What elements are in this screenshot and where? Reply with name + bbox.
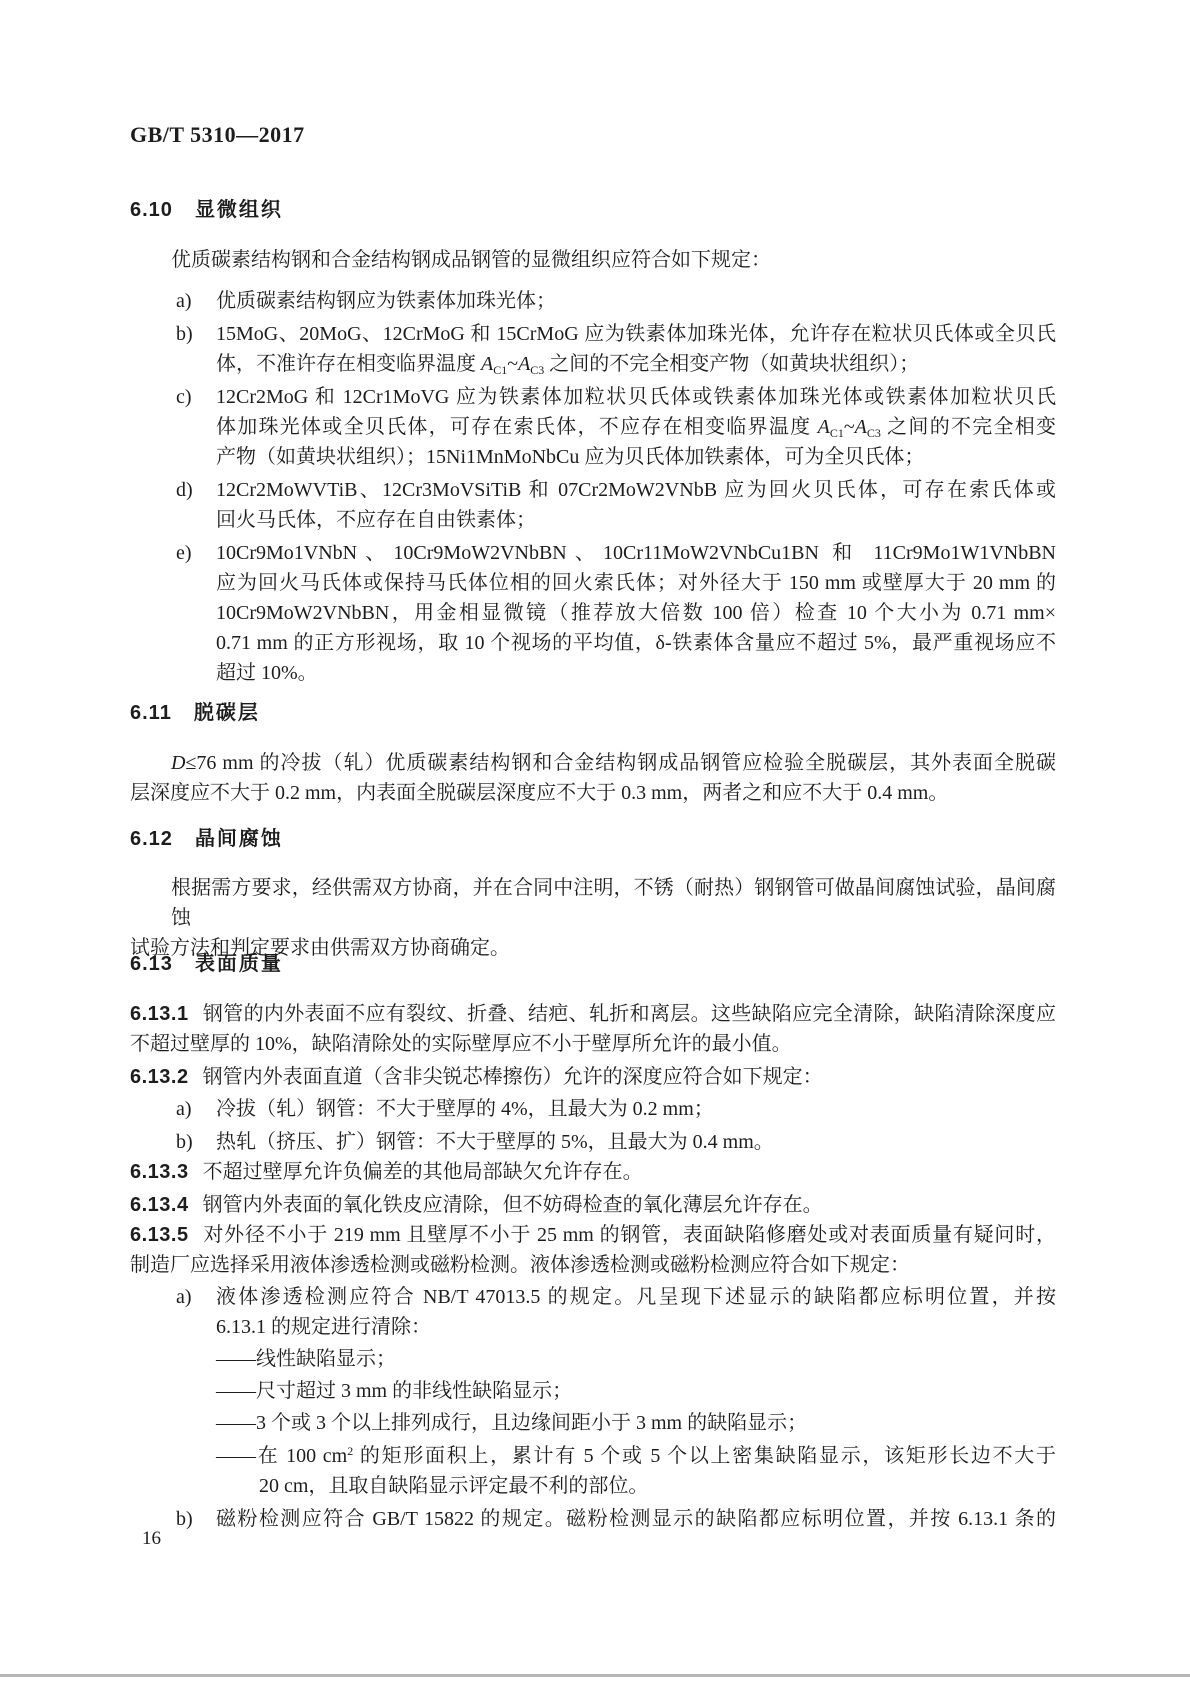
section-number: 6.12 [130, 828, 173, 850]
document-page: GB/T 5310—2017 6.10显微组织 优质碳素结构钢和合金结构钢成品钢… [0, 0, 1190, 1684]
section-title: 显微组织 [195, 199, 283, 221]
text-line: 12Cr2MoWVTiB、12Cr3MoVSiTiB 和 07Cr2MoW2VN… [216, 475, 1056, 505]
scan-edge-line [0, 1674, 1190, 1677]
list-6-10: a) 优质碳素结构钢应为铁素体加珠光体； b) 15MoG、20MoG、12Cr… [130, 283, 1056, 688]
paragraph-6-10-intro: 优质碳素结构钢和合金结构钢成品钢管的显微组织应符合如下规定： [130, 245, 1056, 275]
text-line: 优质碳素结构钢应为铁素体加珠光体； [216, 286, 1056, 316]
dash-item: ——3 个或 3 个以上排列成行，且边缘间距小于 3 mm 的缺陷显示； [216, 1408, 1056, 1438]
clause-number: 6.13.5 [130, 1224, 189, 1246]
text-line: 6.13.3不超过壁厚允许负偏差的其他局部缺欠允许存在。 [130, 1157, 1056, 1187]
section-heading-6-13: 6.13表面质量 [130, 952, 1056, 976]
text-line: 10Cr9Mo1VNbN、10Cr9MoW2VNbBN、10Cr11MoW2VN… [216, 538, 1056, 568]
text-line: 热轧（挤压、扩）钢管：不大于壁厚的 5%，且最大为 0.4 mm。 [216, 1127, 1056, 1157]
text-line: 6.13.5对外径不小于 219 mm 且壁厚不小于 25 mm 的钢管，表面缺… [130, 1220, 1056, 1250]
section-title: 晶间腐蚀 [195, 828, 283, 850]
text-line: 层深度应不大于 0.2 mm，内表面全脱碳层深度应不大于 0.3 mm，两者之和… [130, 778, 1056, 808]
section-heading-6-12: 6.12晶间腐蚀 [130, 827, 1056, 851]
dash-item: ——线性缺陷显示； [216, 1344, 1056, 1374]
text-line: 6.13.4钢管内外表面的氧化铁皮应清除，但不妨碍检查的氧化薄层允许存在。 [130, 1190, 1056, 1220]
list-marker: e) [176, 538, 192, 568]
text-line: 10Cr9MoW2VNbBN，用金相显微镜（推荐放大倍数 100 倍）检查 10… [216, 598, 1056, 628]
text-line: 回火马氏体，不应存在自由铁素体； [216, 505, 1056, 535]
clause-text: 不超过壁厚允许负偏差的其他局部缺欠允许存在。 [203, 1161, 643, 1183]
clause-text: 钢管内外表面直道（含非尖锐芯棒擦伤）允许的深度应符合如下规定： [203, 1066, 823, 1088]
section-title: 脱碳层 [194, 702, 260, 724]
list-marker: a) [176, 1282, 192, 1312]
clause-6-13-5: 6.13.5对外径不小于 219 mm 且壁厚不小于 25 mm 的钢管，表面缺… [130, 1220, 1056, 1534]
list-marker: b) [176, 319, 193, 349]
text-line: 6.13.1钢管的内外表面不应有裂纹、折叠、结疤、轧折和离层。这些缺陷应完全清除… [130, 999, 1056, 1029]
list-item-a: a) 液体渗透检测应符合 NB/T 47013.5 的规定。凡呈现下述显示的缺陷… [130, 1282, 1056, 1501]
text-line: 不超过壁厚的 10%，缺陷清除处的实际壁厚应不小于壁厚所允许的最小值。 [130, 1029, 1056, 1059]
section-number: 6.10 [130, 199, 173, 221]
clause-text: 钢管的内外表面不应有裂纹、折叠、结疤、轧折和离层。这些缺陷应完全清除，缺陷清除深… [203, 1003, 1056, 1025]
clause-text: 钢管内外表面的氧化铁皮应清除，但不妨碍检查的氧化薄层允许存在。 [203, 1194, 823, 1216]
text-line: 应为回火马氏体或保持马氏体位相的回火索氏体；对外径大于 150 mm 或壁厚大于… [216, 568, 1056, 598]
section-heading-6-11: 6.11脱碳层 [130, 701, 1056, 725]
list-item-b: b) 15MoG、20MoG、12CrMoG 和 15CrMoG 应为铁素体加珠… [130, 319, 1056, 379]
text-line: 液体渗透检测应符合 NB/T 47013.5 的规定。凡呈现下述显示的缺陷都应标… [216, 1282, 1056, 1312]
text-line: 超过 10%。 [216, 658, 1056, 688]
list-item-c: c) 12Cr2MoG 和 12Cr1MoVG 应为铁素体加粒状贝氏体或铁素体加… [130, 382, 1056, 472]
clause-number: 6.13.1 [130, 1003, 189, 1025]
list-item-e: e) 10Cr9Mo1VNbN、10Cr9MoW2VNbBN、10Cr11MoW… [130, 538, 1056, 688]
text-line: 优质碳素结构钢和合金结构钢成品钢管的显微组织应符合如下规定： [130, 245, 1056, 275]
text-line: 体加珠光体或全贝氏体，可存在索氏体，不应存在相变临界温度 AC1~AC3 之间的… [216, 412, 1056, 442]
clause-6-13-1: 6.13.1钢管的内外表面不应有裂纹、折叠、结疤、轧折和离层。这些缺陷应完全清除… [130, 999, 1056, 1059]
list-marker: b) [176, 1504, 193, 1534]
clause-6-13-3: 6.13.3不超过壁厚允许负偏差的其他局部缺欠允许存在。 [130, 1157, 1056, 1187]
list-item-d: d) 12Cr2MoWVTiB、12Cr3MoVSiTiB 和 07Cr2MoW… [130, 475, 1056, 535]
text-line: 根据需方要求，经供需双方协商，并在合同中注明，不锈（耐热）钢钢管可做晶间腐蚀试验… [130, 873, 1056, 933]
text-line: D≤76 mm 的冷拔（轧）优质碳素结构钢和合金结构钢成品钢管应检验全脱碳层，其… [130, 748, 1056, 778]
text-line: 体，不准许存在相变临界温度 AC1~AC3 之间的不完全相变产物（如黄块状组织）… [216, 349, 1056, 379]
page-number: 16 [142, 1528, 161, 1550]
clause-number: 6.13.3 [130, 1161, 189, 1183]
dash-item: ——在 100 cm2 的矩形面积上，累计有 5 个或 5 个以上密集缺陷显示，… [216, 1441, 1056, 1471]
section-number: 6.11 [130, 702, 172, 724]
list-marker: c) [176, 382, 192, 412]
text-line: 6.13.2钢管内外表面直道（含非尖锐芯棒擦伤）允许的深度应符合如下规定： [130, 1062, 1056, 1092]
text-line: 15MoG、20MoG、12CrMoG 和 15CrMoG 应为铁素体加珠光体，… [216, 319, 1056, 349]
text-line: 6.13.1 的规定进行清除： [216, 1312, 1056, 1342]
list-item-a: a) 优质碳素结构钢应为铁素体加珠光体； [130, 286, 1056, 316]
clause-text: 对外径不小于 219 mm 且壁厚不小于 25 mm 的钢管，表面缺陷修磨处或对… [203, 1224, 1056, 1246]
list-marker: a) [176, 1094, 192, 1124]
text-line: 产物（如黄块状组织）；15Ni1MnMoNbCu 应为贝氏体加铁素体，可为全贝氏… [216, 442, 1056, 472]
clause-number: 6.13.4 [130, 1194, 189, 1216]
list-item-a: a) 冷拔（轧）钢管：不大于壁厚的 4%，且最大为 0.2 mm； [130, 1094, 1056, 1124]
list-marker: d) [176, 475, 193, 505]
clause-number: 6.13.2 [130, 1066, 189, 1088]
list-marker: b) [176, 1127, 193, 1157]
dash-item-continuation: 20 cm，且取自缺陷显示评定最不利的部位。 [259, 1471, 1056, 1501]
section-heading-6-10: 6.10显微组织 [130, 198, 1056, 222]
section-number: 6.13 [130, 953, 173, 975]
text-line: 12Cr2MoG 和 12Cr1MoVG 应为铁素体加粒状贝氏体或铁素体加珠光体… [216, 382, 1056, 412]
list-item-b: b) 热轧（挤压、扩）钢管：不大于壁厚的 5%，且最大为 0.4 mm。 [130, 1127, 1056, 1157]
paragraph-6-12: 根据需方要求，经供需双方协商，并在合同中注明，不锈（耐热）钢钢管可做晶间腐蚀试验… [130, 873, 1056, 963]
text-line: 制造厂应选择采用液体渗透检测或磁粉检测。液体渗透检测或磁粉检测应符合如下规定： [130, 1250, 1056, 1280]
text-line: 冷拔（轧）钢管：不大于壁厚的 4%，且最大为 0.2 mm； [216, 1094, 1056, 1124]
clause-6-13-4: 6.13.4钢管内外表面的氧化铁皮应清除，但不妨碍检查的氧化薄层允许存在。 [130, 1190, 1056, 1220]
paragraph-6-11: D≤76 mm 的冷拔（轧）优质碳素结构钢和合金结构钢成品钢管应检验全脱碳层，其… [130, 748, 1056, 808]
dash-item: ——尺寸超过 3 mm 的非线性缺陷显示； [216, 1376, 1056, 1406]
clause-6-13-2: 6.13.2钢管内外表面直道（含非尖锐芯棒擦伤）允许的深度应符合如下规定： a)… [130, 1062, 1056, 1157]
list-item-b: b) 磁粉检测应符合 GB/T 15822 的规定。磁粉检测显示的缺陷都应标明位… [130, 1504, 1056, 1534]
section-title: 表面质量 [195, 953, 283, 975]
text-line: 0.71 mm 的正方形视场，取 10 个视场的平均值，δ-铁素体含量应不超过 … [216, 628, 1056, 658]
doc-code-header: GB/T 5310—2017 [130, 122, 1056, 148]
text-line: 磁粉检测应符合 GB/T 15822 的规定。磁粉检测显示的缺陷都应标明位置，并… [216, 1504, 1056, 1534]
list-marker: a) [176, 286, 192, 316]
